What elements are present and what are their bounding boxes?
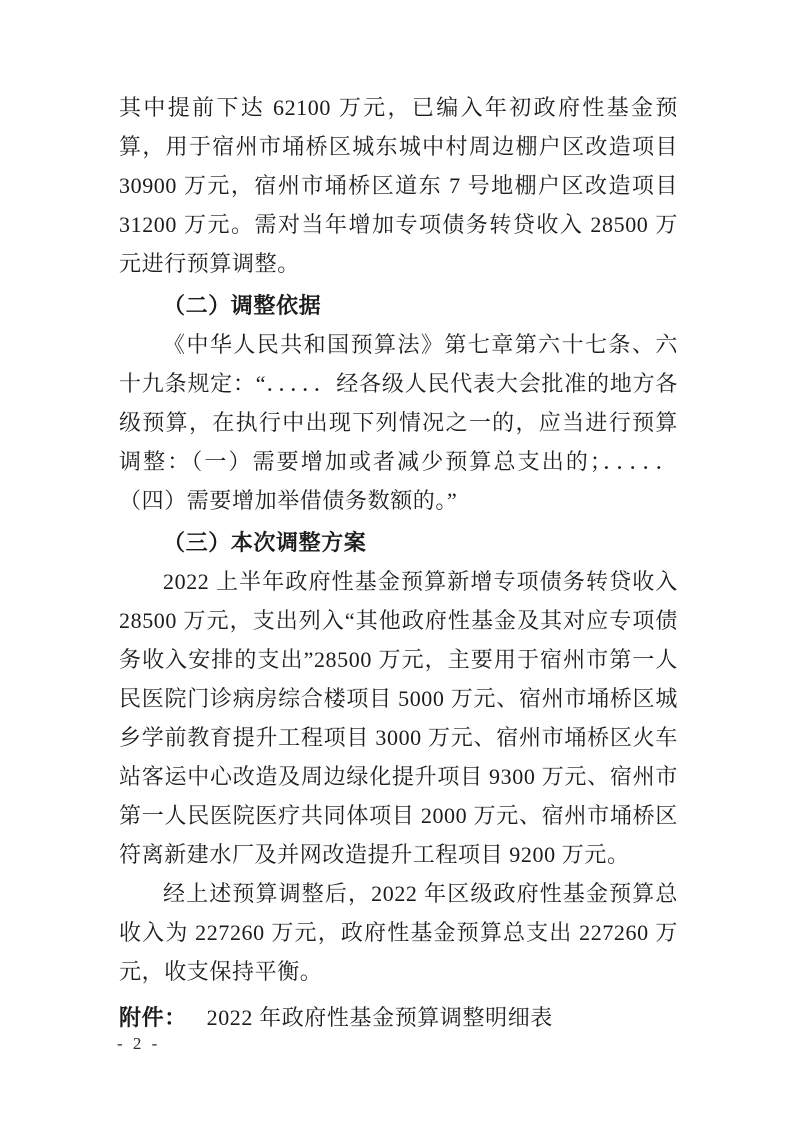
section-heading-adjustment-plan: （三）本次调整方案 [119,523,678,562]
attachment-label: 附件： [119,1005,187,1030]
paragraph-adjustment-result: 经上述预算调整后，2022 年区级政府性基金预算总收入为 227260 万元，政… [119,874,678,991]
section-heading-adjustment-basis: （二）调整依据 [119,286,678,325]
paragraph-adjustment-plan: 2022 上半年政府性基金预算新增专项债务转贷收入 28500 万元，支出列入“… [119,562,678,874]
attachment-line: 附件：2022 年政府性基金预算调整明细表 [119,998,678,1037]
attachment-title: 2022 年政府性基金预算调整明细表 [207,1005,553,1030]
page-number: - 2 - [117,1034,160,1054]
document-body: 其中提前下达 62100 万元，已编入年初政府性基金预算，用于宿州市埇桥区城东城… [119,88,678,1037]
paragraph-continuation: 其中提前下达 62100 万元，已编入年初政府性基金预算，用于宿州市埇桥区城东城… [119,88,678,283]
paragraph-adjustment-basis: 《中华人民共和国预算法》第七章第六十七条、六十九条规定：“．．．．．经各级人民代… [119,325,678,520]
document-page: 其中提前下达 62100 万元，已编入年初政府性基金预算，用于宿州市埇桥区城东城… [0,0,793,1122]
